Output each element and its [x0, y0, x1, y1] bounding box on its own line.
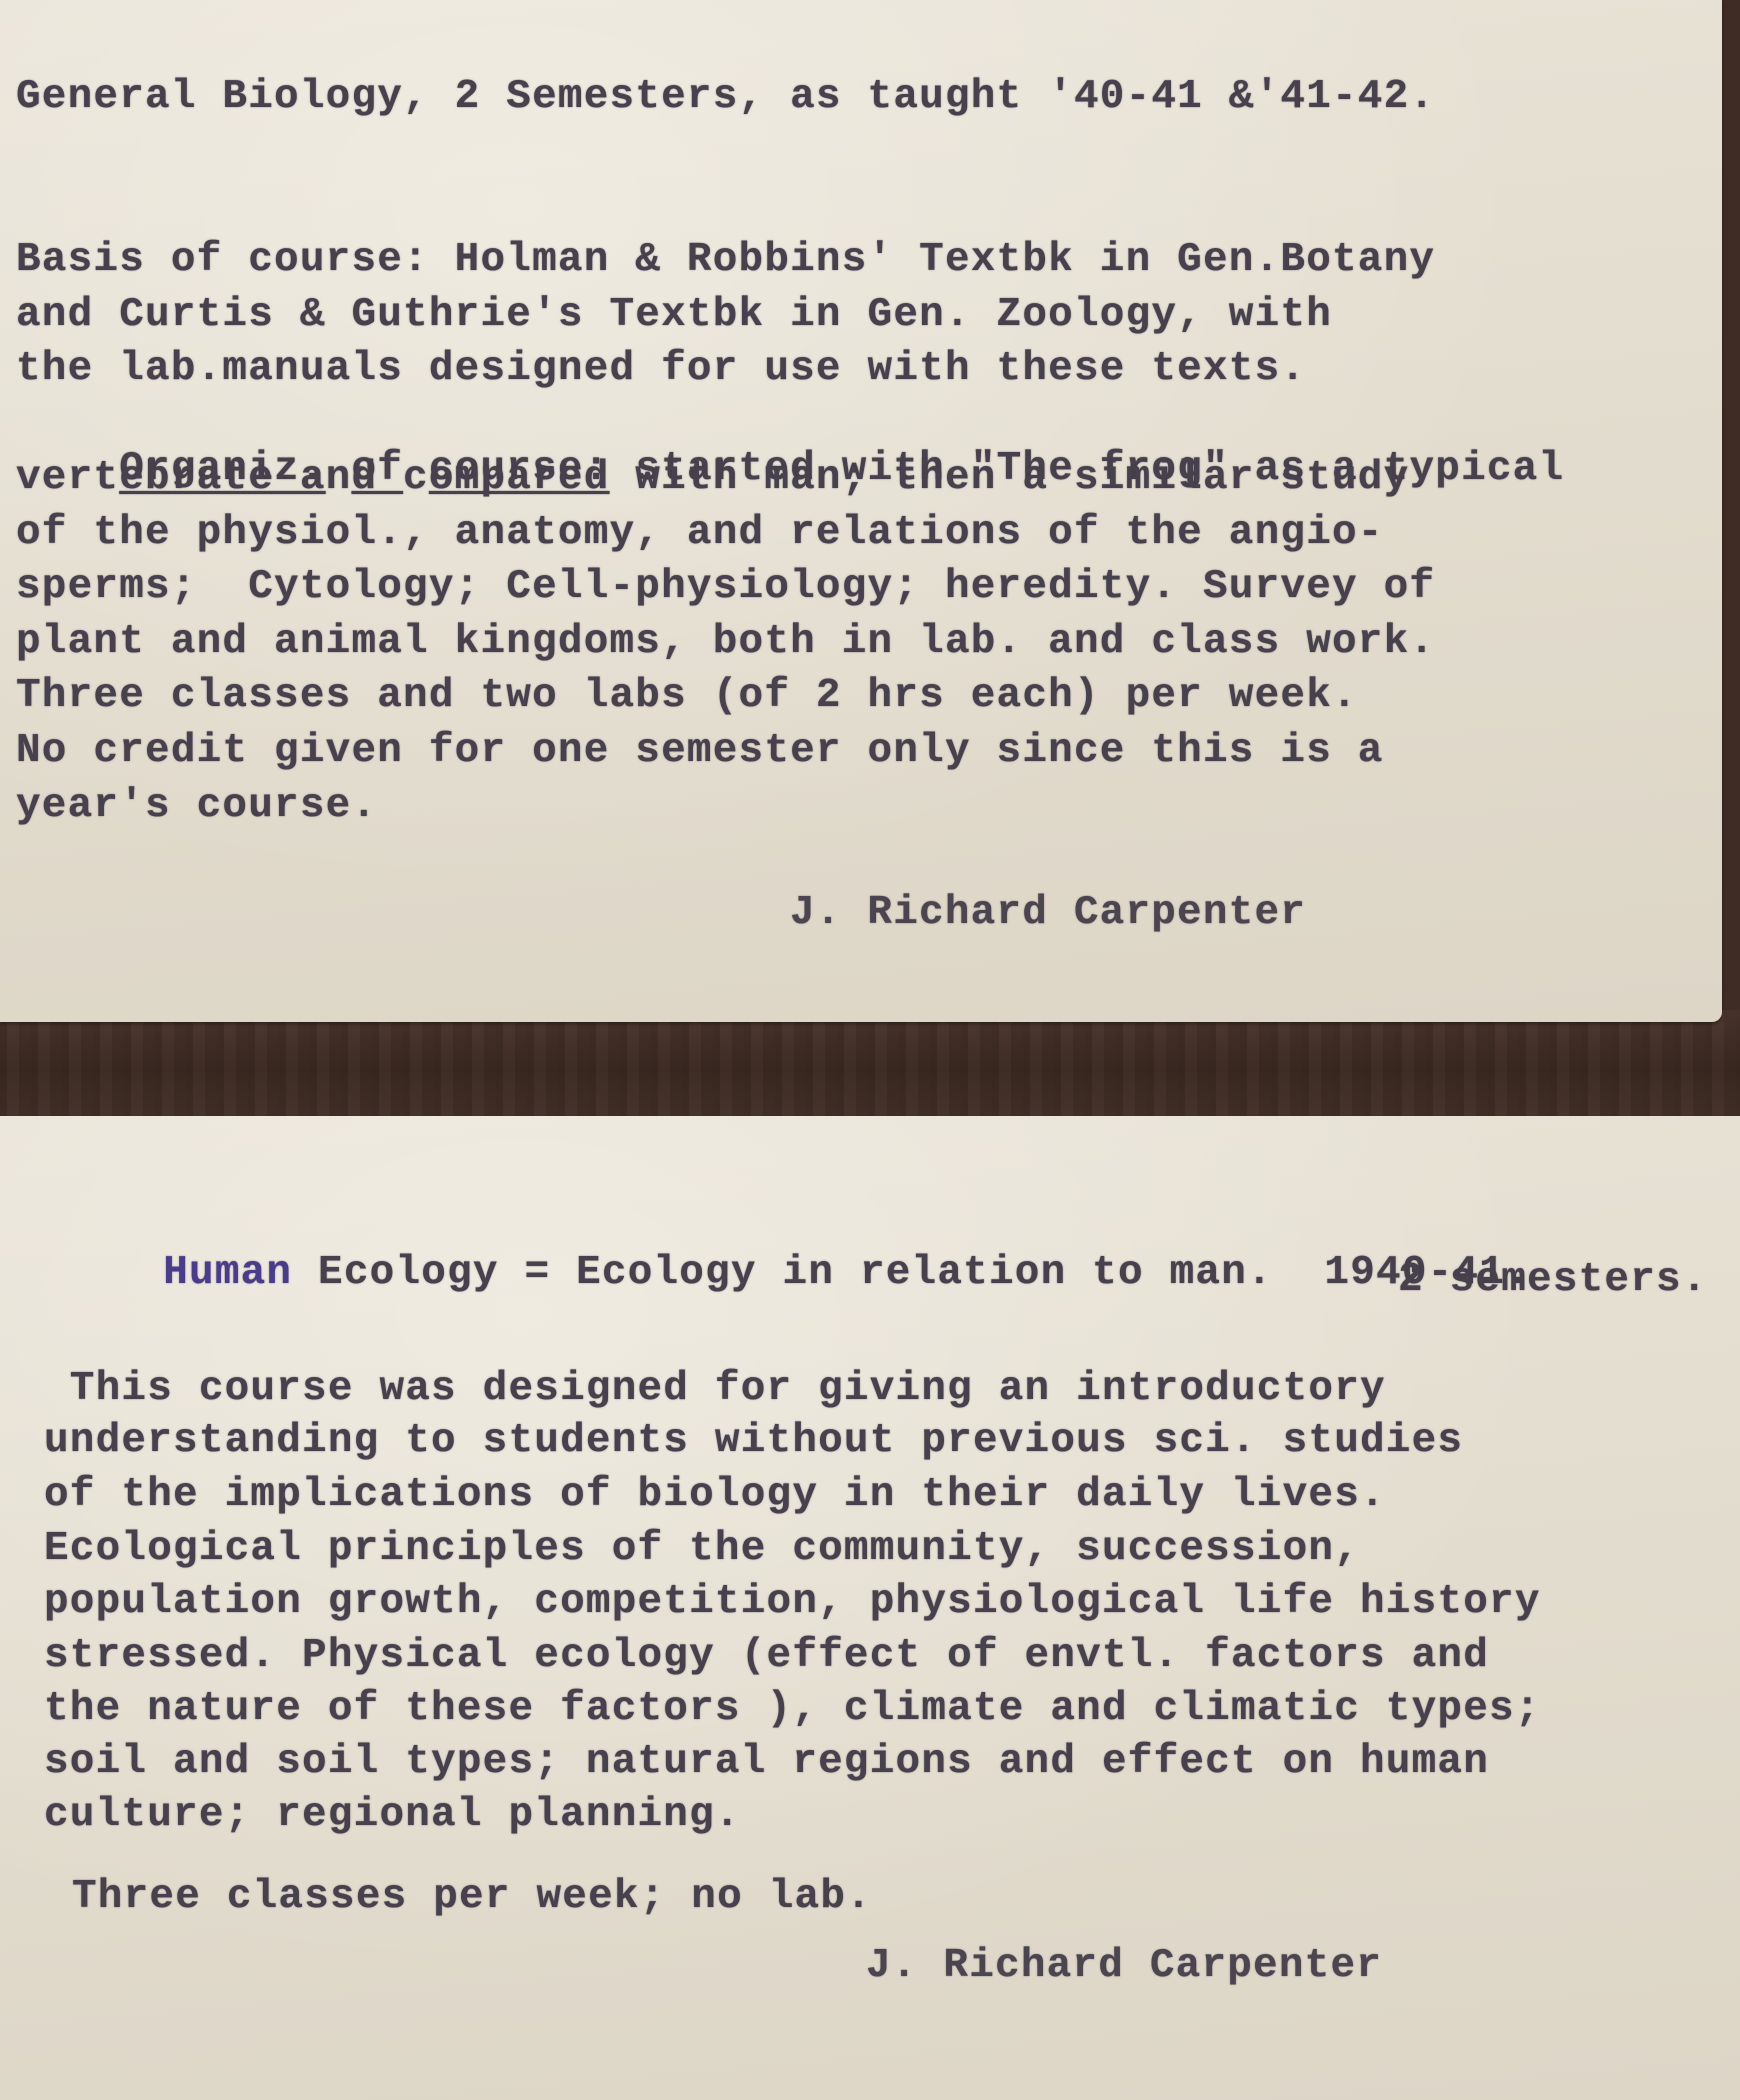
body-line: and Curtis & Guthrie's Textbk in Gen. Zo… — [16, 292, 1332, 338]
body-line: vertebrate and compared with man; then a… — [16, 455, 1409, 501]
body-line: soil and soil types; natural regions and… — [44, 1739, 1489, 1785]
body-line: the nature of these factors ), climate a… — [44, 1686, 1541, 1732]
body-line: year's course. — [16, 783, 377, 829]
body-line: the lab.manuals designed for use with th… — [16, 346, 1306, 392]
card-subtitle: 2 semesters. — [1398, 1257, 1708, 1303]
body-line: understanding to students without previo… — [44, 1418, 1463, 1464]
body-line: No credit given for one semester only si… — [16, 728, 1384, 774]
body-line: stressed. Physical ecology (effect of en… — [44, 1633, 1489, 1679]
title-text: Ecology = Ecology in relation to man. 19… — [292, 1250, 1531, 1296]
signature: J. Richard Carpenter — [790, 890, 1306, 936]
wood-background-band — [0, 1010, 1740, 1130]
body-line: of the physiol., anatomy, and relations … — [16, 510, 1384, 556]
body-line: culture; regional planning. — [44, 1792, 741, 1838]
body-line: population growth, competition, physiolo… — [44, 1579, 1541, 1625]
body-line: This course was designed for giving an i… — [44, 1366, 1386, 1412]
card-title: Human Ecology = Ecology in relation to m… — [60, 1204, 1531, 1342]
body-line: Ecological principles of the community, … — [44, 1526, 1360, 1572]
corrected-word: Human — [163, 1250, 292, 1296]
index-card-human-ecology: Human Ecology = Ecology in relation to m… — [0, 1116, 1740, 2100]
body-line: sperms; Cytology; Cell-physiology; hered… — [16, 564, 1435, 610]
schedule-note: Three classes per week; no lab. — [72, 1874, 872, 1920]
signature: J. Richard Carpenter — [866, 1943, 1382, 1989]
body-line: of the implications of biology in their … — [44, 1472, 1386, 1518]
index-card-general-biology: General Biology, 2 Semesters, as taught … — [0, 0, 1722, 1022]
body-line: Basis of course: Holman & Robbins' Textb… — [16, 237, 1435, 283]
card-title: General Biology, 2 Semesters, as taught … — [16, 74, 1435, 120]
body-line: Three classes and two labs (of 2 hrs eac… — [16, 673, 1358, 719]
body-line: plant and animal kingdoms, both in lab. … — [16, 619, 1435, 665]
